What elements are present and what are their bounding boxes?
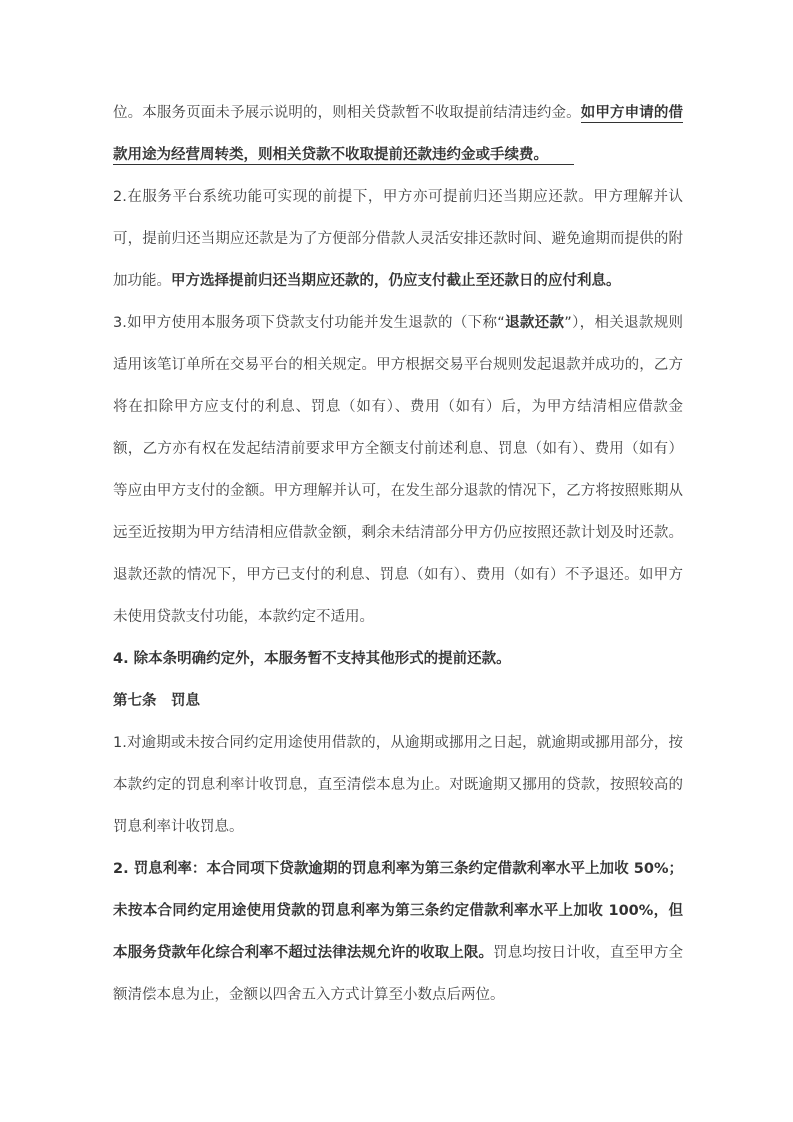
clause-item-2-early-repayment: 2.在服务平台系统功能可实现的前提下，甲方亦可提前归还当期应还款。甲方理解并认可… <box>113 176 683 302</box>
text-run-normal: 位。本服务页面未予展示说明的，则相关贷款暂不收取提前结清违约金。 <box>113 105 581 121</box>
clause-prepayment-fee: 位。本服务页面未予展示说明的，则相关贷款暂不收取提前结清违约金。如甲方申请的借款… <box>113 92 683 176</box>
text-run-normal: 1.对逾期或未按合同约定用途使用借款的，从逾期或挪用之日起，就逾期或挪用部分，按… <box>113 735 683 835</box>
text-run-bold: 甲方选择提前归还当期应还款的，仍应支付截止至还款日的应付利息。 <box>171 273 621 289</box>
text-run-bold: 4. 除本条明确约定外，本服务暂不支持其他形式的提前还款。 <box>113 651 511 667</box>
article-7-item-1-penalty-interest: 1.对逾期或未按合同约定用途使用借款的，从逾期或挪用之日起，就逾期或挪用部分，按… <box>113 722 683 848</box>
clause-item-3-refund-repayment: 3.如甲方使用本服务项下贷款支付功能并发生退款的（下称“退款还款”），相关退款规… <box>113 302 683 638</box>
text-run-bold: 退款还款 <box>505 315 565 331</box>
clause-item-4-no-other-prepayment: 4. 除本条明确约定外，本服务暂不支持其他形式的提前还款。 <box>113 638 683 680</box>
article-7-item-2-penalty-rate: 2. 罚息利率：本合同项下贷款逾期的罚息利率为第三条约定借款利率水平上加收 50… <box>113 848 683 1016</box>
document-page: 位。本服务页面未予展示说明的，则相关贷款暂不收取提前结清违约金。如甲方申请的借款… <box>0 0 793 1122</box>
contract-body: 位。本服务页面未予展示说明的，则相关贷款暂不收取提前结清违约金。如甲方申请的借款… <box>113 92 683 1016</box>
text-run-bold: 第七条 罚息 <box>113 693 200 709</box>
text-run-normal: ”），相关退款规则适用该笔订单所在交易平台的相关规定。甲方根据交易平台规则发起退… <box>113 315 683 625</box>
text-run-normal: 3.如甲方使用本服务项下贷款支付功能并发生退款的（下称“ <box>113 315 505 331</box>
article-7-heading: 第七条 罚息 <box>113 680 683 722</box>
